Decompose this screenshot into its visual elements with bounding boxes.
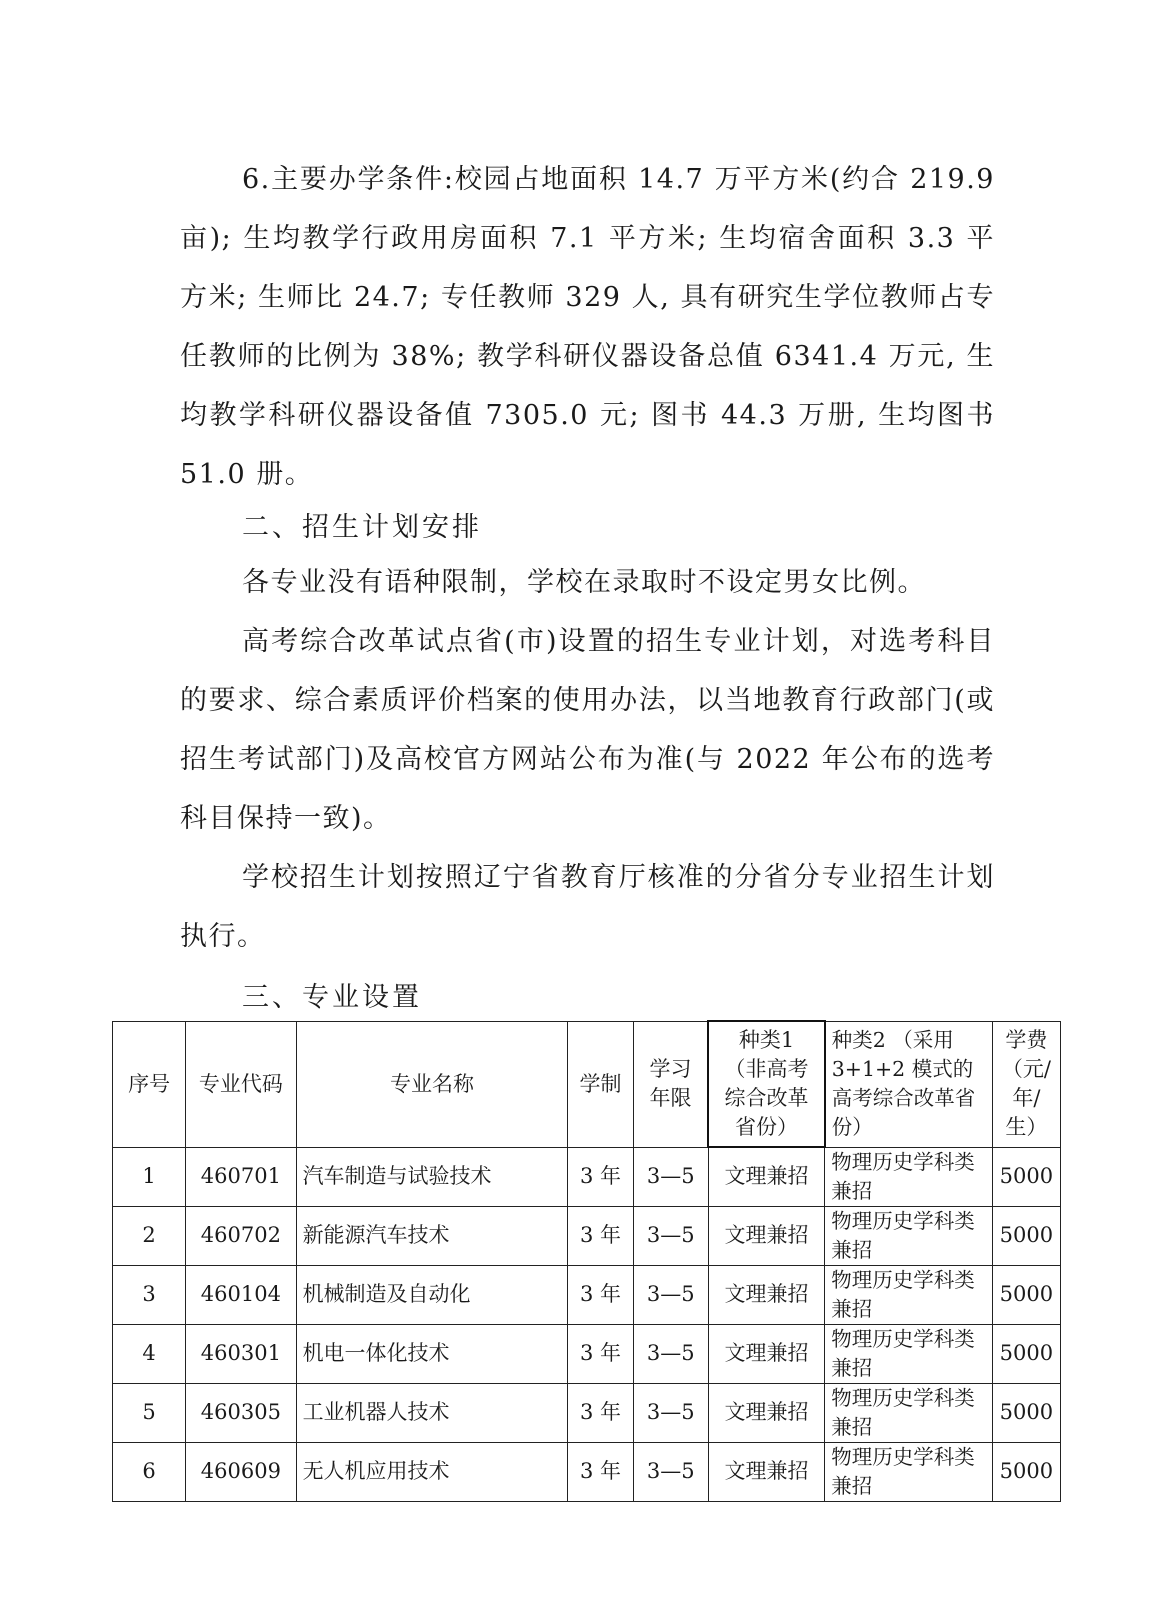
table-row: 4 460301 机电一体化技术 3 年 3—5 文理兼招 物理历史学科类兼招 … bbox=[113, 1324, 1061, 1383]
col-type2: 种类2 （采用 3+1+2 模式的高考综合改革省份） bbox=[825, 1021, 993, 1147]
cell-duration: 3—5 bbox=[633, 1442, 708, 1501]
table-row: 3 460104 机械制造及自动化 3 年 3—5 文理兼招 物理历史学科类兼招… bbox=[113, 1265, 1061, 1324]
cell-fee: 5000 bbox=[992, 1442, 1060, 1501]
cell-type1: 文理兼招 bbox=[708, 1324, 824, 1383]
table-header-row: 序号 专业代码 专业名称 学制 学习年限 种类1 （非高考综合改革省份） 种类2… bbox=[113, 1021, 1061, 1147]
col-type1: 种类1 （非高考综合改革省份） bbox=[708, 1021, 824, 1147]
cell-fee: 5000 bbox=[992, 1147, 1060, 1206]
majors-table: 序号 专业代码 专业名称 学制 学习年限 种类1 （非高考综合改革省份） 种类2… bbox=[112, 1020, 1061, 1502]
cell-system: 3 年 bbox=[568, 1383, 633, 1442]
cell-type2: 物理历史学科类兼招 bbox=[825, 1206, 993, 1265]
cell-seq: 4 bbox=[113, 1324, 186, 1383]
conditions-paragraph: 6.主要办学条件:校园占地面积 14.7 万平方米(约合 219.9 亩); 生… bbox=[180, 150, 995, 504]
plan-paragraph-1: 各专业没有语种限制，学校在录取时不设定男女比例。 bbox=[180, 553, 995, 612]
cell-fee: 5000 bbox=[992, 1265, 1060, 1324]
cell-system: 3 年 bbox=[568, 1265, 633, 1324]
cell-type1: 文理兼招 bbox=[708, 1265, 824, 1324]
cell-code: 460609 bbox=[186, 1442, 296, 1501]
cell-type2: 物理历史学科类兼招 bbox=[825, 1383, 993, 1442]
cell-duration: 3—5 bbox=[633, 1324, 708, 1383]
cell-name: 无人机应用技术 bbox=[296, 1442, 568, 1501]
majors-heading: 三、专业设置 bbox=[242, 975, 422, 1014]
cell-type2: 物理历史学科类兼招 bbox=[825, 1265, 993, 1324]
cell-code: 460301 bbox=[186, 1324, 296, 1383]
table-row: 6 460609 无人机应用技术 3 年 3—5 文理兼招 物理历史学科类兼招 … bbox=[113, 1442, 1061, 1501]
col-name: 专业名称 bbox=[296, 1021, 568, 1147]
table-row: 1 460701 汽车制造与试验技术 3 年 3—5 文理兼招 物理历史学科类兼… bbox=[113, 1147, 1061, 1206]
col-fee: 学费（元/年/生） bbox=[992, 1021, 1060, 1147]
cell-duration: 3—5 bbox=[633, 1147, 708, 1206]
cell-name: 工业机器人技术 bbox=[296, 1383, 568, 1442]
cell-type1: 文理兼招 bbox=[708, 1442, 824, 1501]
cell-fee: 5000 bbox=[992, 1383, 1060, 1442]
cell-code: 460305 bbox=[186, 1383, 296, 1442]
col-code: 专业代码 bbox=[186, 1021, 296, 1147]
document-page: 6.主要办学条件:校园占地面积 14.7 万平方米(约合 219.9 亩); 生… bbox=[0, 0, 1170, 1619]
cell-name: 机电一体化技术 bbox=[296, 1324, 568, 1383]
col-duration: 学习年限 bbox=[633, 1021, 708, 1147]
cell-duration: 3—5 bbox=[633, 1383, 708, 1442]
cell-code: 460702 bbox=[186, 1206, 296, 1265]
col-system: 学制 bbox=[568, 1021, 633, 1147]
cell-seq: 3 bbox=[113, 1265, 186, 1324]
table-row: 2 460702 新能源汽车技术 3 年 3—5 文理兼招 物理历史学科类兼招 … bbox=[113, 1206, 1061, 1265]
cell-code: 460701 bbox=[186, 1147, 296, 1206]
cell-seq: 2 bbox=[113, 1206, 186, 1265]
cell-seq: 1 bbox=[113, 1147, 186, 1206]
cell-type2: 物理历史学科类兼招 bbox=[825, 1324, 993, 1383]
plan-paragraph-3: 学校招生计划按照辽宁省教育厅核准的分省分专业招生计划执行。 bbox=[180, 848, 995, 966]
cell-fee: 5000 bbox=[992, 1206, 1060, 1265]
cell-type2: 物理历史学科类兼招 bbox=[825, 1442, 993, 1501]
cell-name: 汽车制造与试验技术 bbox=[296, 1147, 568, 1206]
cell-type1: 文理兼招 bbox=[708, 1206, 824, 1265]
cell-seq: 5 bbox=[113, 1383, 186, 1442]
cell-name: 机械制造及自动化 bbox=[296, 1265, 568, 1324]
cell-code: 460104 bbox=[186, 1265, 296, 1324]
cell-type1: 文理兼招 bbox=[708, 1147, 824, 1206]
table-row: 5 460305 工业机器人技术 3 年 3—5 文理兼招 物理历史学科类兼招 … bbox=[113, 1383, 1061, 1442]
cell-type2: 物理历史学科类兼招 bbox=[825, 1147, 993, 1206]
cell-duration: 3—5 bbox=[633, 1265, 708, 1324]
cell-fee: 5000 bbox=[992, 1324, 1060, 1383]
cell-seq: 6 bbox=[113, 1442, 186, 1501]
cell-name: 新能源汽车技术 bbox=[296, 1206, 568, 1265]
cell-system: 3 年 bbox=[568, 1442, 633, 1501]
cell-type1: 文理兼招 bbox=[708, 1383, 824, 1442]
cell-system: 3 年 bbox=[568, 1324, 633, 1383]
cell-duration: 3—5 bbox=[633, 1206, 708, 1265]
col-seq: 序号 bbox=[113, 1021, 186, 1147]
plan-heading: 二、招生计划安排 bbox=[242, 505, 482, 544]
plan-paragraph-2: 高考综合改革试点省(市)设置的招生专业计划，对选考科目的要求、综合素质评价档案的… bbox=[180, 612, 995, 848]
cell-system: 3 年 bbox=[568, 1147, 633, 1206]
cell-system: 3 年 bbox=[568, 1206, 633, 1265]
